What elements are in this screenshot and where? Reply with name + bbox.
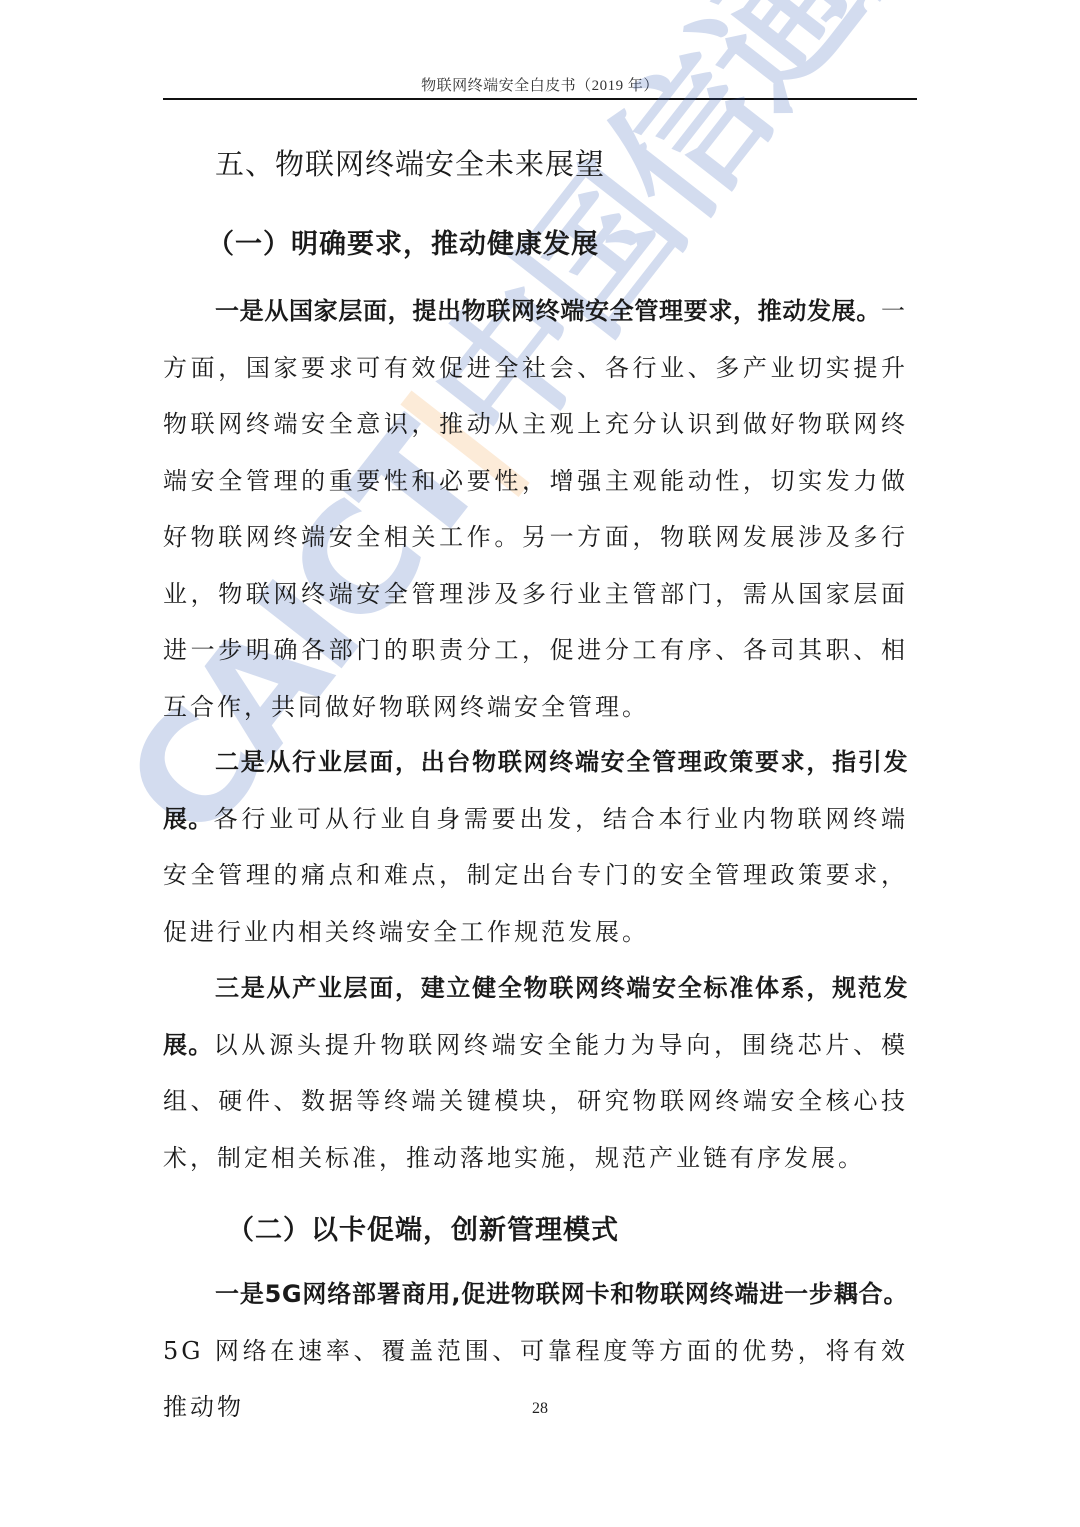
chapter-title: 五、物联网终端安全未来展望 [215,142,605,183]
section-title-2: （二）以卡促端，创新管理模式 [227,1208,619,1247]
paragraph-body: 5G 网络在速率、覆盖范围、可靠程度等方面的优势，将有效推动物 [163,1337,908,1422]
paragraph-body: 一方面，国家要求可有效促进全社会、各行业、多产业切实提升物联网终端安全意识，推动… [163,297,908,721]
running-header: 物联网终端安全白皮书（2019 年） [163,74,917,95]
paragraph-4: 一是5G网络部署商用,促进物联网卡和物联网终端进一步耦合。5G 网络在速率、覆盖… [163,1266,908,1436]
paragraph-3: 三是从产业层面，建立健全物联网终端安全标准体系，规范发展。以从源头提升物联网终端… [163,960,908,1186]
paragraph-2: 二是从行业层面，出台物联网终端安全管理政策要求，指引发展。各行业可从行业自身需要… [163,734,908,960]
paragraph-body: 以从源头提升物联网终端安全能力为导向，围绕芯片、模组、硬件、数据等终端关键模块，… [163,1031,908,1172]
paragraph-1: 一是从国家层面，提出物联网终端安全管理要求，推动发展。一方面，国家要求可有效促进… [163,283,908,735]
header-divider [163,98,917,100]
paragraph-body: 各行业可从行业自身需要出发，结合本行业内物联网终端安全管理的痛点和难点，制定出台… [163,805,908,946]
paragraph-lead: 一是从国家层面，提出物联网终端安全管理要求，推动发展。 [215,297,881,325]
paragraph-lead: 一是5G网络部署商用,促进物联网卡和物联网终端进一步耦合。 [215,1280,908,1308]
section-title-1: （一）明确要求，推动健康发展 [207,222,599,261]
